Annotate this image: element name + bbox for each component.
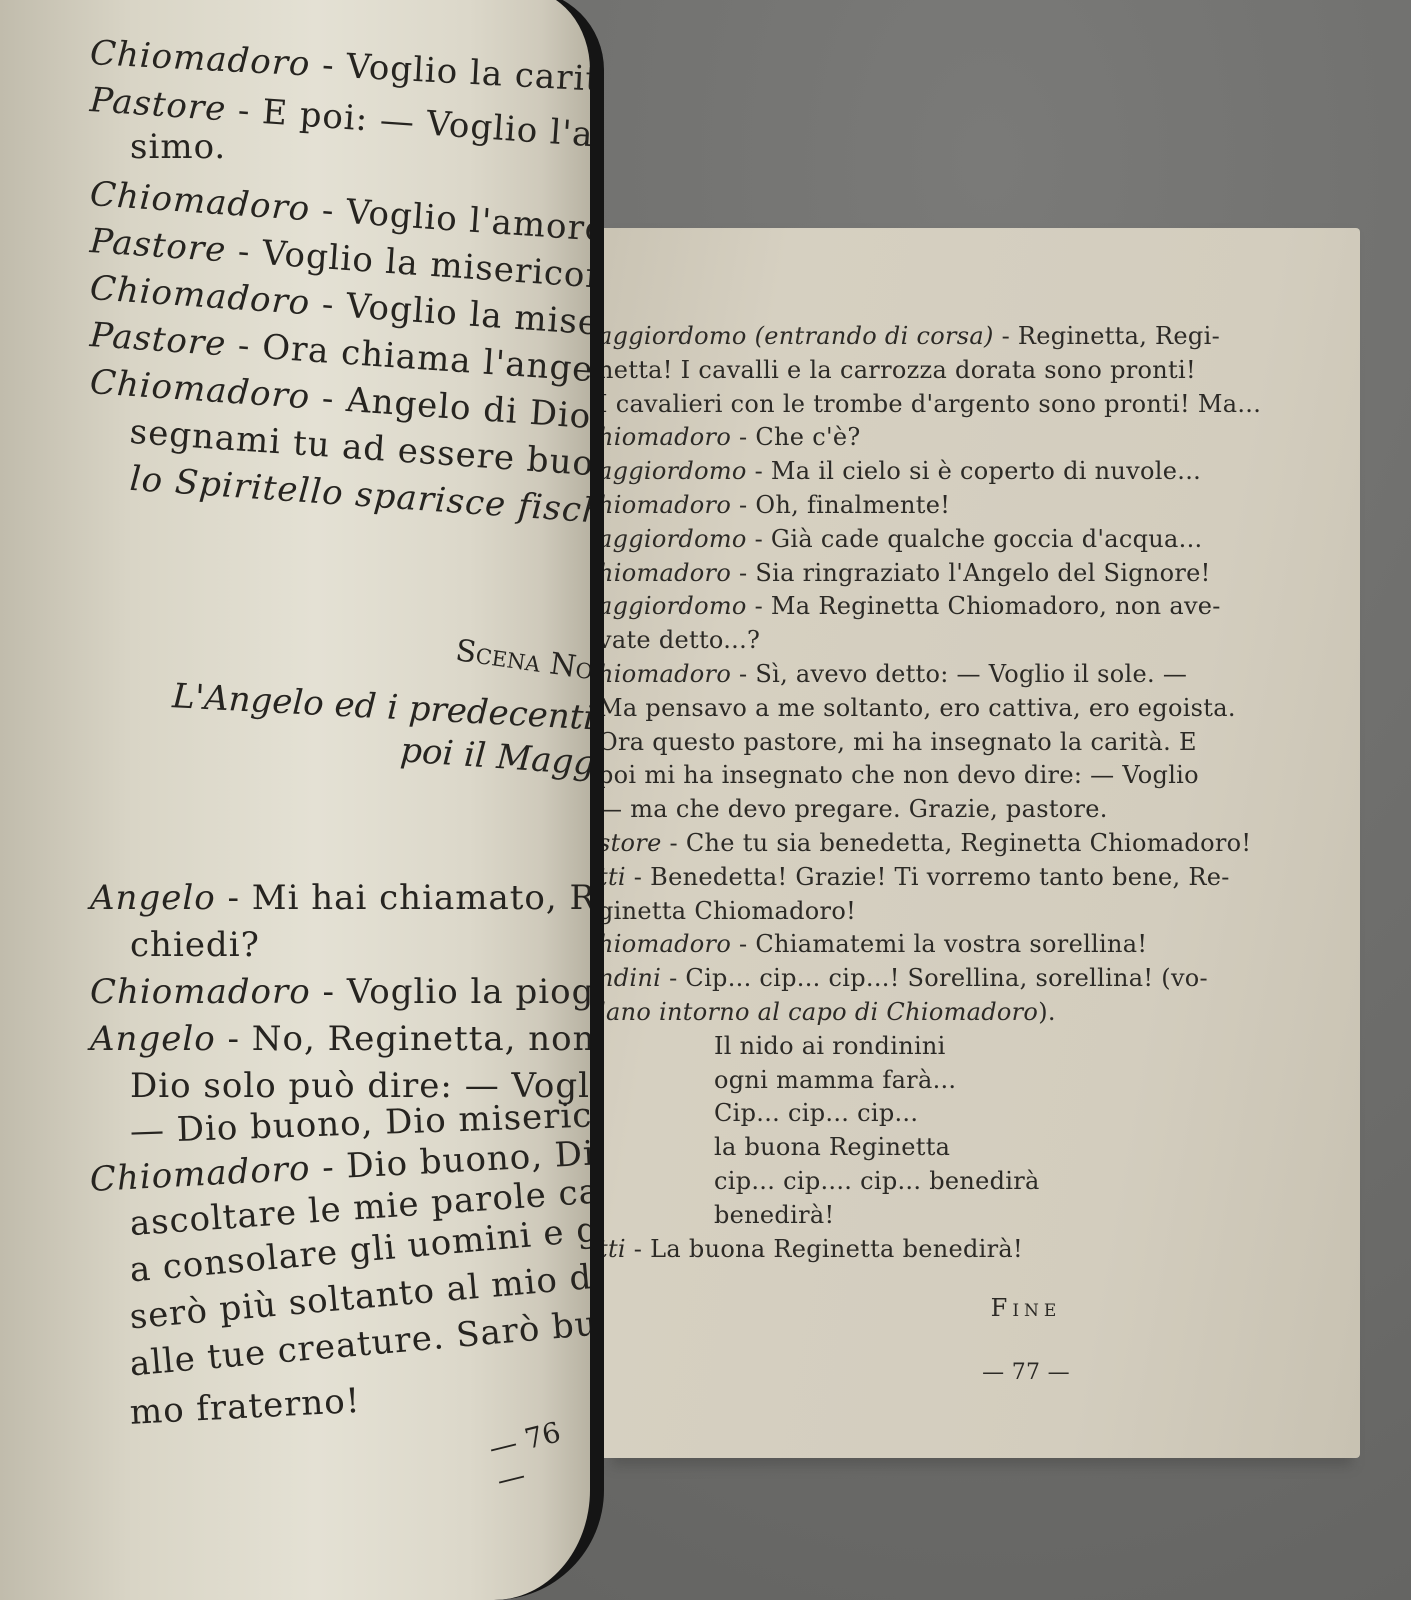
left-page-text-2: Angelo - Mi hai chiamato, Reginetta chie… — [90, 875, 604, 1439]
text-line: Angelo - Mi hai chiamato, Reginetta — [90, 875, 604, 922]
scene-title: Scena Nona — [453, 633, 604, 692]
scene-direction: L'Angelo ed i predecenti meno — [171, 676, 604, 744]
line-text: - Reginetta, Regi- — [994, 322, 1220, 350]
text-line: chiedi? — [90, 922, 604, 969]
text-line: ndini - Cip... cip... cip...! Sorellina,… — [596, 962, 1286, 996]
text-line: tti - Benedetta! Grazie! Ti vorremo tant… — [596, 861, 1286, 895]
left-page-wrap: Chiomadoro - Voglio la carità! Pastore -… — [0, 0, 620, 1600]
line-text: - Mi hai chiamato, Reginetta — [216, 878, 604, 918]
line-text: - Che c'è? — [731, 423, 860, 451]
song-line: cip... cip.... cip... benedirà — [596, 1165, 1286, 1199]
song-line: Cip... cip... cip... — [596, 1097, 1286, 1131]
text-line: hiomadoro - Chiamatemi la vostra sorelli… — [596, 928, 1286, 962]
text-line: aggiordomo - Ma Reginetta Chiomadoro, no… — [596, 590, 1286, 624]
text-line: Chiomadoro - Voglio la pioggia. — [90, 969, 604, 1016]
right-page: aggiordomo (entrando di corsa) - Reginet… — [596, 228, 1360, 1458]
line-text: - Già cade qualche goccia d'acqua... — [747, 525, 1203, 553]
text-line: lano intorno al capo di Chiomadoro). — [596, 996, 1286, 1030]
speaker-name: aggiordomo — [598, 525, 747, 553]
song-line: benedirà! — [596, 1199, 1286, 1233]
speaker-name: aggiordomo — [598, 457, 747, 485]
speaker-name: aggiordomo (entrando di corsa) — [598, 322, 994, 350]
text-line: aggiordomo - Già cade qualche goccia d'a… — [596, 523, 1286, 557]
line-text: poi mi ha insegnato che non devo dire: —… — [598, 761, 1199, 789]
text-line: Ora questo pastore, mi ha insegnato la c… — [596, 726, 1286, 760]
line-text: - Voglio la carità! — [309, 45, 604, 102]
end-label: Fine — [596, 1292, 1286, 1326]
line-text: — ma che devo pregare. Grazie, pastore. — [598, 795, 1108, 823]
line-text: I cavalieri con le trombe d'argento sono… — [598, 390, 1261, 418]
line-text: - Sì, avevo detto: — Voglio il sole. — — [731, 660, 1187, 688]
line-text: - Che tu sia benedetta, Reginetta Chioma… — [662, 829, 1252, 857]
speaker-name: Pastore — [89, 315, 228, 364]
text-line: aggiordomo - Ma il cielo si è coperto di… — [596, 455, 1286, 489]
text-line: poi mi ha insegnato che non devo dire: —… — [596, 759, 1286, 793]
line-text: ginetta Chiomadoro! — [598, 897, 856, 925]
scene-direction: poi il Maggiordomo — [399, 730, 604, 793]
line-text: - No, Reginetta, non devi — [216, 1019, 604, 1059]
text-line: hiomadoro - Che c'è? — [596, 421, 1286, 455]
line-text: - Ma Reginetta Chiomadoro, non ave- — [747, 592, 1221, 620]
text-line: ginetta Chiomadoro! — [596, 895, 1286, 929]
text-line: Angelo - No, Reginetta, non devi — [90, 1016, 604, 1063]
right-page-text: aggiordomo (entrando di corsa) - Reginet… — [596, 320, 1286, 1390]
line-text: - Benedetta! Grazie! Ti vorremo tanto be… — [626, 863, 1230, 891]
song-line: la buona Reginetta — [596, 1131, 1286, 1165]
speaker-name: Chiomadoro — [90, 972, 311, 1012]
text-line: tti - La buona Reginetta benedirà! — [596, 1233, 1286, 1267]
speaker-name: Pastore — [89, 221, 228, 270]
line-text: netta! I cavalli e la carrozza dorata so… — [598, 356, 1196, 384]
text-line: netta! I cavalli e la carrozza dorata so… — [596, 354, 1286, 388]
song-line: ogni mamma farà... — [596, 1064, 1286, 1098]
text-line: — ma che devo pregare. Grazie, pastore. — [596, 793, 1286, 827]
line-text: Ora questo pastore, mi ha insegnato la c… — [598, 728, 1197, 756]
speaker-name: Angelo — [90, 1019, 216, 1059]
text-line: Ma pensavo a me soltanto, ero cattiva, e… — [596, 692, 1286, 726]
text-line: aggiordomo (entrando di corsa) - Reginet… — [596, 320, 1286, 354]
speaker-name: Pastore — [89, 80, 228, 129]
line-text: - Chiamatemi la vostra sorellina! — [731, 930, 1147, 958]
text-line: hiomadoro - Oh, finalmente! — [596, 489, 1286, 523]
line-text: ). — [1038, 998, 1056, 1026]
stage-direction: lano intorno al capo di Chiomadoro — [598, 998, 1038, 1026]
left-page-text: Chiomadoro - Voglio la carità! Pastore -… — [90, 30, 604, 500]
song-line: Il nido ai rondinini — [596, 1030, 1286, 1064]
speaker-name: Angelo — [90, 878, 216, 918]
line-text: - La buona Reginetta benedirà! — [626, 1235, 1023, 1263]
speaker-name: aggiordomo — [598, 592, 747, 620]
line-text: Ma pensavo a me soltanto, ero cattiva, e… — [598, 694, 1236, 722]
left-page: Chiomadoro - Voglio la carità! Pastore -… — [0, 0, 604, 1600]
text-line: store - Che tu sia benedetta, Reginetta … — [596, 827, 1286, 861]
line-text: - Oh, finalmente! — [731, 491, 950, 519]
text-line: hiomadoro - Sì, avevo detto: — Voglio il… — [596, 658, 1286, 692]
line-text: vate detto...? — [598, 626, 760, 654]
text-line: hiomadoro - Sia ringraziato l'Angelo del… — [596, 557, 1286, 591]
speaker-name: Chiomadoro — [89, 33, 312, 84]
page-number-right: — 77 — — [596, 1356, 1286, 1390]
text-line: I cavalieri con le trombe d'argento sono… — [596, 388, 1286, 422]
line-text: - Cip... cip... cip...! Sorellina, sorel… — [661, 964, 1208, 992]
line-text: - Sia ringraziato l'Angelo del Signore! — [731, 559, 1210, 587]
line-text: - Voglio la pioggia. — [311, 972, 604, 1012]
text-line: vate detto...? — [596, 624, 1286, 658]
line-text: - Ma il cielo si è coperto di nuvole... — [747, 457, 1201, 485]
